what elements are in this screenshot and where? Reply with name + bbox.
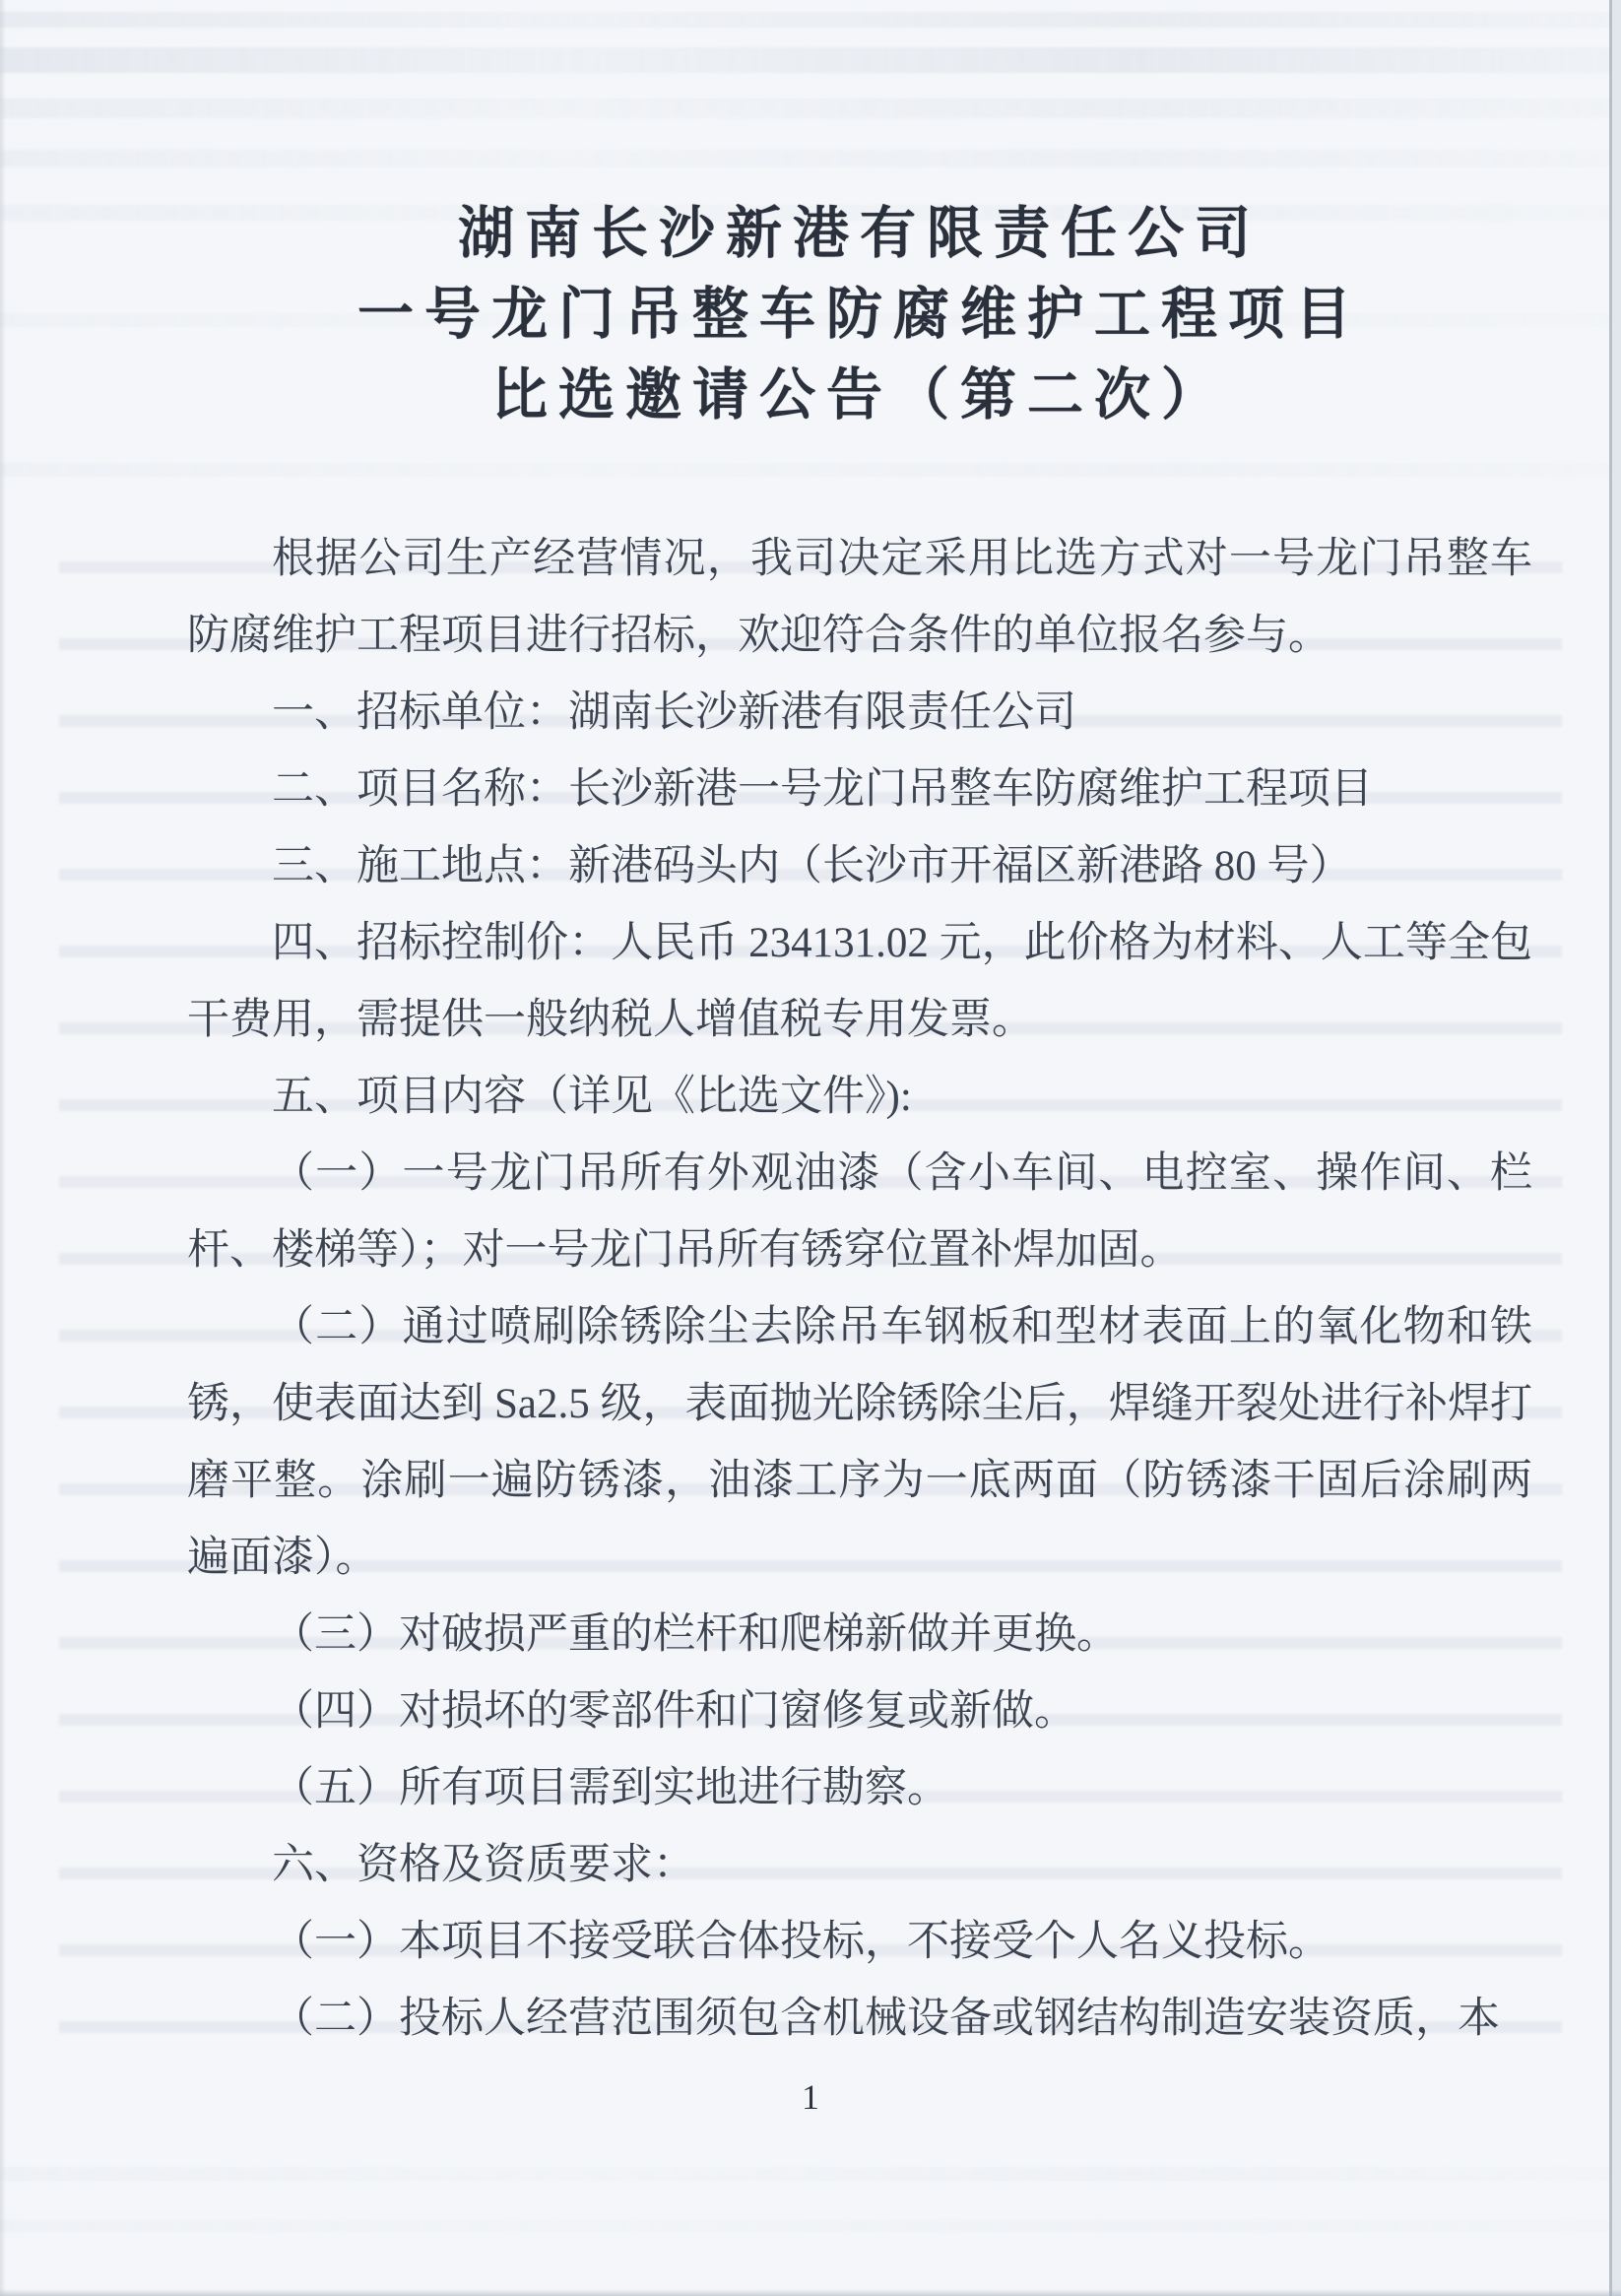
- document-page: 湖南长沙新港有限责任公司 一号龙门吊整车防腐维护工程项目 比选邀请公告（第二次）…: [0, 0, 1621, 2296]
- page-number: 1: [0, 2076, 1621, 2118]
- paragraph-item-6-sub-2: （二）投标人经营范围须包含机械设备或钢结构制造安装资质，本: [187, 1981, 1532, 2058]
- paragraph-item-6-qualification: 六、资格及资质要求：: [187, 1827, 1532, 1904]
- paragraph-item-1-tenderer: 一、招标单位：湖南长沙新港有限责任公司: [187, 675, 1532, 752]
- paragraph-item-6-sub-1: （一）本项目不接受联合体投标，不接受个人名义投标。: [187, 1904, 1532, 1981]
- scan-right-margin-strip: [1612, 0, 1621, 2296]
- paragraph-item-4-price: 四、招标控制价：人民币 234131.02 元，此价格为材料、人工等全包干费用，…: [187, 905, 1532, 1059]
- paragraph-item-5-sub-4: （四）对损坏的零部件和门窗修复或新做。: [187, 1673, 1532, 1750]
- paragraph-item-3-location: 三、施工地点：新港码头内（长沙市开福区新港路 80 号）: [187, 828, 1532, 905]
- paragraph-item-5-sub-2: （二）通过喷刷除锈除尘去除吊车钢板和型材表面上的氧化物和铁锈，使表面达到 Sa2…: [187, 1289, 1532, 1597]
- document-title-line-2: 一号龙门吊整车防腐维护工程项目: [187, 275, 1532, 356]
- document-title-line-1: 湖南长沙新港有限责任公司: [187, 194, 1532, 275]
- document-paragraphs: 根据公司生产经营情况，我司决定采用比选方式对一号龙门吊整车防腐维护工程项目进行招…: [187, 521, 1532, 2058]
- scan-artifact-streak: [0, 2220, 1621, 2232]
- document-body: 湖南长沙新港有限责任公司 一号龙门吊整车防腐维护工程项目 比选邀请公告（第二次）…: [187, 0, 1532, 2058]
- paragraph-item-5-content: 五、项目内容（详见《比选文件》):: [187, 1059, 1532, 1136]
- scan-left-shadow: [0, 0, 6, 2296]
- paragraph-item-5-sub-1: （一）一号龙门吊所有外观油漆（含小车间、电控室、操作间、栏杆、楼梯等）；对一号龙…: [187, 1136, 1532, 1289]
- document-title-line-3: 比选邀请公告（第二次）: [187, 356, 1532, 436]
- scan-bottom-shadow: [0, 2289, 1621, 2296]
- paragraph-item-5-sub-5: （五）所有项目需到实地进行勘察。: [187, 1750, 1532, 1827]
- paragraph-item-5-sub-3: （三）对破损严重的栏杆和爬梯新做并更换。: [187, 1597, 1532, 1673]
- document-title: 湖南长沙新港有限责任公司 一号龙门吊整车防腐维护工程项目 比选邀请公告（第二次）: [187, 194, 1532, 436]
- paragraph-intro: 根据公司生产经营情况，我司决定采用比选方式对一号龙门吊整车防腐维护工程项目进行招…: [187, 521, 1532, 675]
- scan-edge-line: [1609, 0, 1612, 2296]
- paragraph-item-2-project: 二、项目名称：长沙新港一号龙门吊整车防腐维护工程项目: [187, 752, 1532, 828]
- scan-artifact-streak: [0, 2167, 1621, 2181]
